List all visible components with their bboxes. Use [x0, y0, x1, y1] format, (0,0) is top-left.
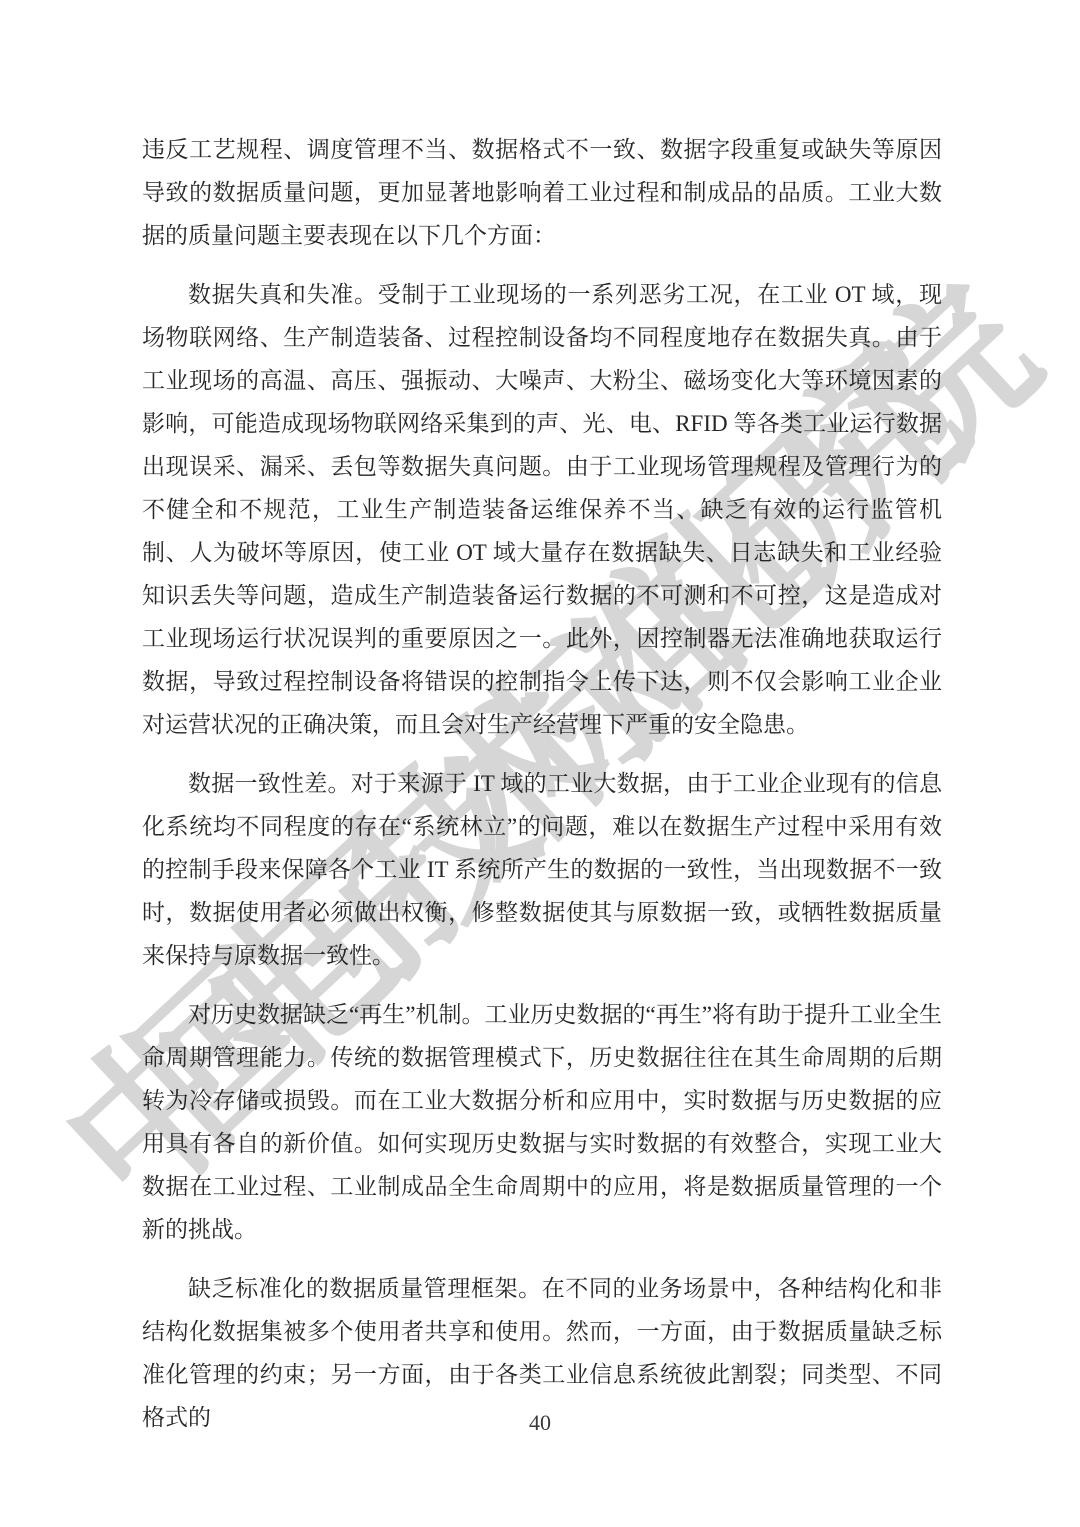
paragraph-data-consistency: 数据一致性差。对于来源于 IT 域的工业大数据，由于工业企业现有的信息化系统均不… — [142, 762, 942, 977]
document-page: 中国电子技术标准化研究院 违反工艺规程、调度管理不当、数据格式不一致、数据字段重… — [0, 0, 1080, 1527]
page-number: 40 — [0, 1410, 1080, 1436]
paragraph-history-data-regeneration: 对历史数据缺乏“再生”机制。工业历史数据的“再生”将有助于提升工业全生命周期管理… — [142, 993, 942, 1251]
page-content: 违反工艺规程、调度管理不当、数据格式不一致、数据字段重复或缺失等原因导致的数据质… — [142, 128, 942, 1455]
paragraph-data-distortion: 数据失真和失准。受制于工业现场的一系列恶劣工况，在工业 OT 域，现场物联网络、… — [142, 273, 942, 746]
paragraph-continuation: 违反工艺规程、调度管理不当、数据格式不一致、数据字段重复或缺失等原因导致的数据质… — [142, 128, 942, 257]
